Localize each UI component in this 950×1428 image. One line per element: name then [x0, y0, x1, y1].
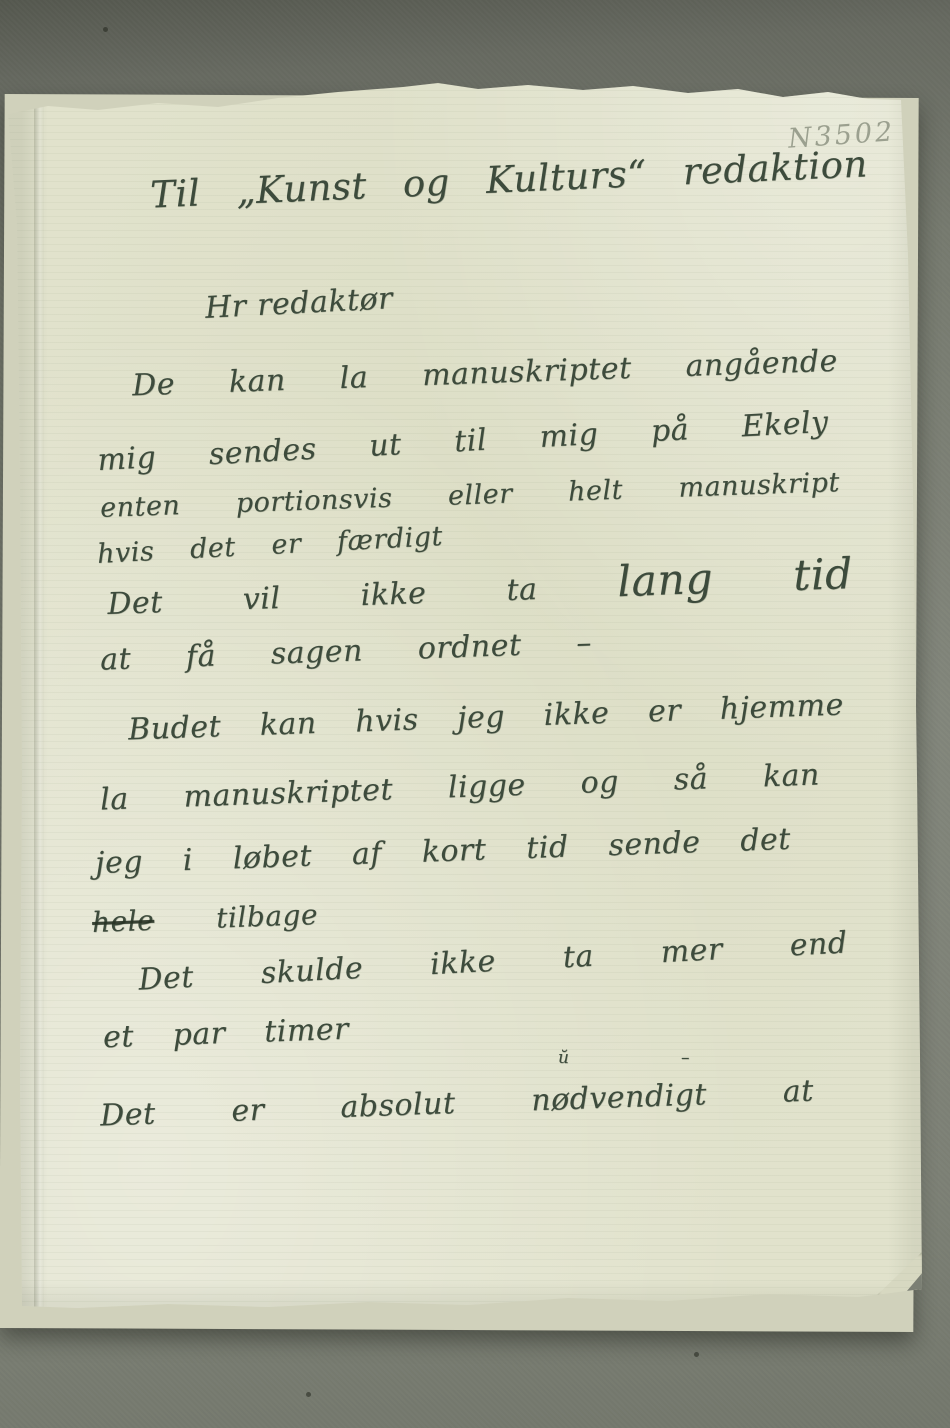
letter-page [8, 76, 924, 1310]
photo-backdrop: N3502 Til„KunstogKulturs“redaktionHrreda… [0, 0, 950, 1428]
folded-corner [876, 1252, 922, 1296]
dust-speck [694, 1352, 699, 1357]
dust-speck [103, 27, 108, 32]
fold-crease [34, 76, 44, 1310]
dust-speck [306, 1392, 311, 1397]
